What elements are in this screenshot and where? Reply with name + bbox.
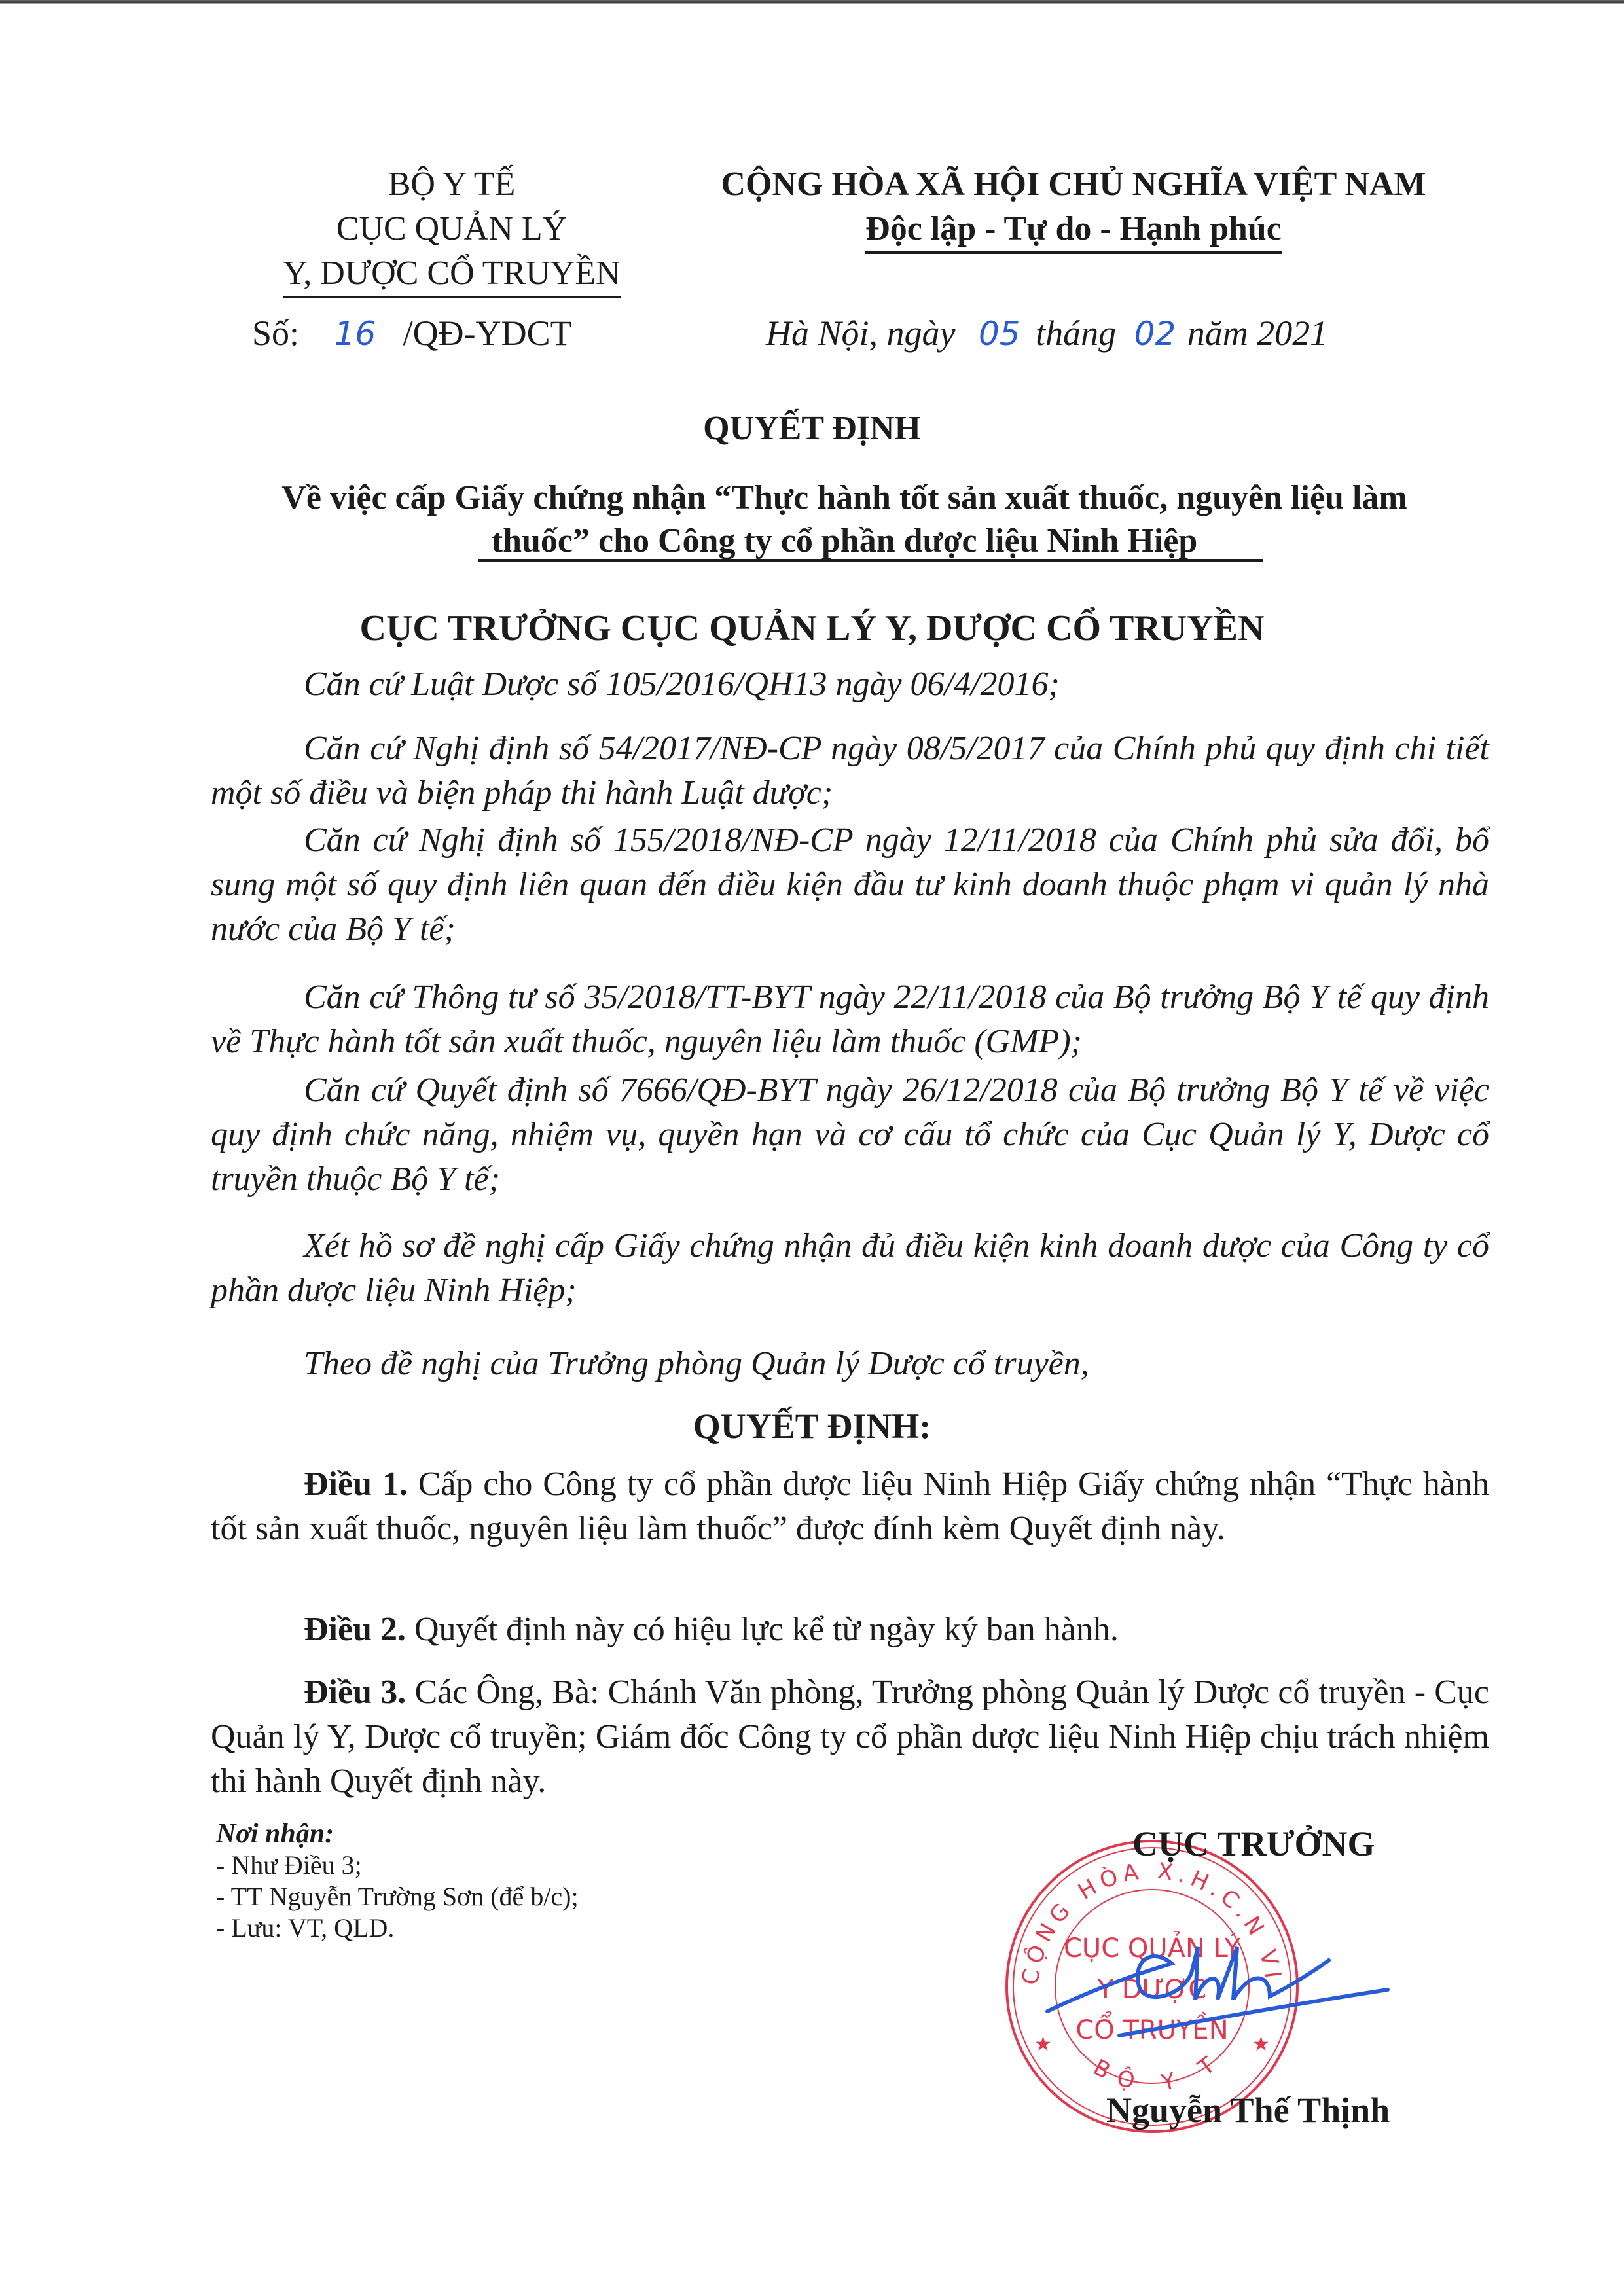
- handwritten-number: 16: [334, 315, 376, 353]
- motto-wrap: Độc lập - Tự do - Hạnh phúc: [865, 207, 1282, 254]
- number-prefix: Số:: [252, 314, 299, 353]
- national-motto: Độc lập - Tự do - Hạnh phúc: [865, 207, 1282, 251]
- article-1: Điều 1. Cấp cho Công ty cổ phần dược liệ…: [211, 1462, 1489, 1551]
- document-title: QUYẾT ĐỊNH: [0, 409, 1624, 448]
- recipients-title: Nơi nhận:: [216, 1818, 579, 1850]
- department-name-line2: Y, DƯỢC CỔ TRUYỀN: [283, 251, 620, 296]
- issuing-authority-title: CỤC TRƯỞNG CỤC QUẢN LÝ Y, DƯỢC CỔ TRUYỀN: [0, 607, 1624, 649]
- document-number: Số: 16 /QĐ-YDCT: [252, 313, 572, 353]
- number-suffix: /QĐ-YDCT: [403, 314, 572, 353]
- article-2: Điều 2. Quyết định này có hiệu lực kể từ…: [211, 1607, 1489, 1652]
- scan-edge: [0, 0, 1624, 4]
- legal-basis-6: Xét hồ sơ đề nghị cấp Giấy chứng nhận đủ…: [211, 1224, 1489, 1313]
- department-name-line1: CỤC QUẢN LÝ: [216, 207, 687, 251]
- subject-line1: Về việc cấp Giấy chứng nhận “Thực hành t…: [190, 476, 1499, 520]
- legal-basis-5: Căn cứ Quyết định số 7666/QĐ-BYT ngày 26…: [211, 1068, 1489, 1202]
- country-name: CỘNG HÒA XÃ HỘI CHỦ NGHĨA VIỆT NAM: [681, 162, 1466, 207]
- legal-basis-3: Căn cứ Nghị định số 155/2018/NĐ-CP ngày …: [211, 818, 1489, 952]
- date-month-label: tháng: [1036, 314, 1116, 353]
- recipient-item: - Lưu: VT, QLD.: [216, 1912, 579, 1944]
- department-name-line2-wrap: Y, DƯỢC CỔ TRUYỀN: [283, 251, 620, 298]
- handwritten-signature-icon: [1041, 1934, 1394, 2045]
- recipients-block: Nơi nhận: - Như Điều 3; - TT Nguyễn Trườ…: [216, 1818, 579, 1944]
- legal-basis-7: Theo đề nghị của Trưởng phòng Quản lý Dư…: [211, 1342, 1489, 1386]
- signer-name: Nguyễn Thế Thịnh: [1106, 2090, 1390, 2130]
- article-2-text: Quyết định này có hiệu lực kể từ ngày ký…: [414, 1611, 1119, 1648]
- department-underline: [283, 296, 620, 298]
- article-2-label: Điều 2.: [304, 1611, 406, 1648]
- handwritten-day: 05: [979, 315, 1020, 353]
- decision-heading: QUYẾT ĐỊNH:: [0, 1406, 1624, 1446]
- signer-position: CỤC TRƯỞNG: [1132, 1823, 1375, 1864]
- subject-line2: thuốc” cho Công ty cổ phần dược liệu Nin…: [190, 520, 1499, 563]
- legal-basis-4: Căn cứ Thông tư số 35/2018/TT-BYT ngày 2…: [211, 975, 1489, 1064]
- article-1-label: Điều 1.: [304, 1465, 408, 1503]
- legal-basis-2: Căn cứ Nghị định số 54/2017/NĐ-CP ngày 0…: [211, 726, 1489, 816]
- subject-underline: [478, 559, 1263, 562]
- ministry-name: BỘ Y TẾ: [216, 162, 687, 207]
- recipient-item: - TT Nguyễn Trường Sơn (để b/c);: [216, 1881, 579, 1912]
- document-subject: Về việc cấp Giấy chứng nhận “Thực hành t…: [190, 476, 1499, 563]
- legal-basis-1: Căn cứ Luật Dược số 105/2016/QH13 ngày 0…: [211, 662, 1489, 707]
- article-3: Điều 3. Các Ông, Bà: Chánh Văn phòng, Tr…: [211, 1670, 1489, 1804]
- recipient-item: - Như Điều 3;: [216, 1850, 579, 1881]
- issue-date: Hà Nội, ngày 05 tháng 02 năm 2021: [766, 313, 1327, 353]
- motto-underline: [865, 251, 1282, 254]
- article-3-label: Điều 3.: [304, 1674, 406, 1711]
- date-place: Hà Nội, ngày: [766, 314, 956, 353]
- national-title-block: CỘNG HÒA XÃ HỘI CHỦ NGHĨA VIỆT NAM Độc l…: [681, 162, 1466, 254]
- handwritten-month: 02: [1134, 315, 1176, 353]
- date-year: năm 2021: [1187, 314, 1328, 353]
- issuing-authority-block: BỘ Y TẾ CỤC QUẢN LÝ Y, DƯỢC CỔ TRUYỀN: [216, 162, 687, 298]
